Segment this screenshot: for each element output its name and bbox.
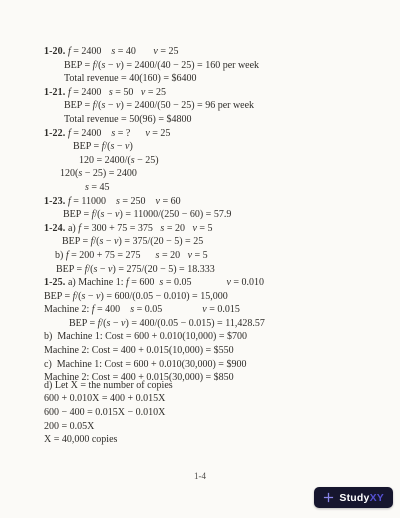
solutions-list: 1-20. f = 2400 s = 40 v = 25BEP = f/(s −… [44, 45, 265, 447]
problem-number: 1-22. [44, 128, 68, 139]
solution-line: 200 = 0.05X [44, 420, 265, 434]
solution-line: 1-21. f = 2400 s = 50 v = 25 [44, 86, 265, 100]
solution-line: 120 = 2400/(s − 25) [44, 154, 265, 168]
solution-line: BEP = f/(s − v) [44, 140, 265, 154]
solution-line: 1-25. a) Machine 1: f = 600 s = 0.05 v =… [44, 276, 265, 290]
problem-number: 1-24. [44, 223, 68, 234]
solution-line: BEP = f/(s − v) = 11000/(250 − 60) = 57.… [44, 208, 265, 222]
solution-line: Total revenue = 40(160) = $6400 [44, 72, 265, 86]
solution-line: Total revenue = 50(96) = $4800 [44, 113, 265, 127]
problem-number: 1-21. [44, 87, 68, 98]
solution-line: 1-20. f = 2400 s = 40 v = 25 [44, 45, 265, 59]
problem-number: 1-23. [44, 196, 68, 207]
solution-line: BEP = f/(s − v) = 275/(20 − 5) = 18.333 [44, 263, 265, 277]
brand-name-primary: Study [339, 492, 369, 504]
solution-line: X = 40,000 copies [44, 433, 265, 447]
solution-line: b) Machine 1: Cost = 600 + 0.010(10,000)… [44, 330, 265, 344]
page-number: 1-4 [0, 471, 400, 481]
solution-line: 600 − 400 = 0.015X − 0.010X [44, 406, 265, 420]
plus-icon [323, 492, 334, 503]
solution-line: c) Machine 1: Cost = 600 + 0.010(30,000)… [44, 358, 265, 372]
solution-line: Machine 2: Cost = 400 + 0.015(10,000) = … [44, 344, 265, 358]
solution-line: BEP = f/(s − v) = 2400/(50 − 25) = 96 pe… [44, 99, 265, 113]
solution-line: s = 45 [44, 181, 265, 195]
problem-number: 1-25. [44, 277, 68, 288]
solution-line: BEP = f/(s − v) = 2400/(40 − 25) = 160 p… [44, 59, 265, 73]
solution-line: 1-22. f = 2400 s = ? v = 25 [44, 127, 265, 141]
solution-line: BEP = f/(s − v) = 600/(0.05 − 0.010) = 1… [44, 290, 265, 304]
solution-line: 600 + 0.010X = 400 + 0.015X [44, 392, 265, 406]
problem-number: 1-20. [44, 46, 68, 57]
solution-line: BEP = f/(s − v) = 400/(0.05 − 0.015) = 1… [44, 317, 265, 331]
solution-line: BEP = f/(s − v) = 375/(20 − 5) = 25 [44, 235, 265, 249]
solution-line: 120(s − 25) = 2400 [44, 167, 265, 181]
solution-line: Machine 2: f = 400 s = 0.05 v = 0.015 [44, 303, 265, 317]
solution-line: 1-24. a) f = 300 + 75 = 375 s = 20 v = 5 [44, 222, 265, 236]
document-page: 1-20. f = 2400 s = 40 v = 25BEP = f/(s −… [0, 0, 400, 518]
solution-line: b) f = 200 + 75 = 275 s = 20 v = 5 [44, 249, 265, 263]
brand-name-secondary: XY [370, 492, 384, 504]
solution-line: 1-23. f = 11000 s = 250 v = 60 [44, 195, 265, 209]
studyxy-logo-badge: Study XY [314, 487, 393, 508]
